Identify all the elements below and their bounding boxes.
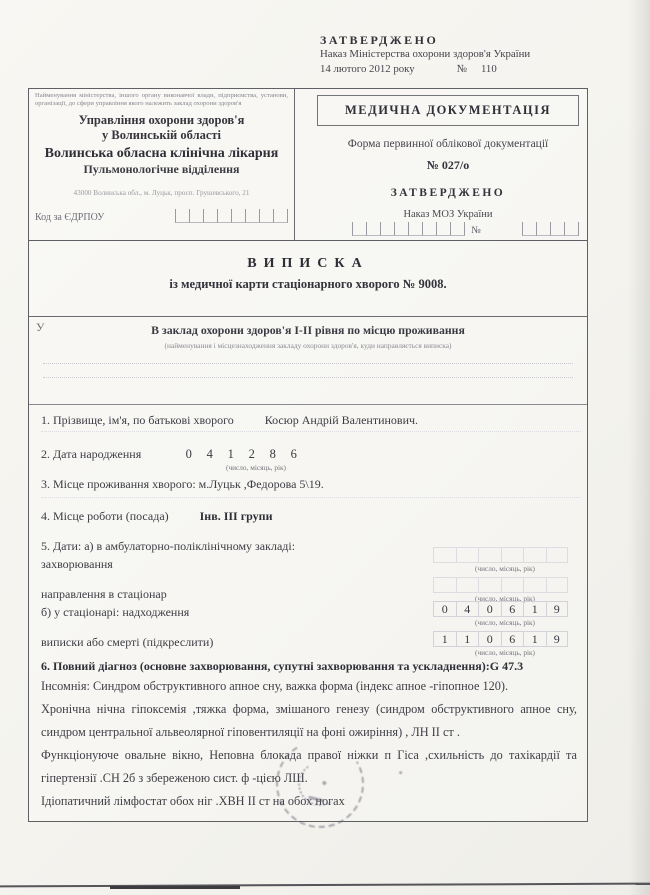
med-doc-form-no: № 027/о bbox=[317, 158, 579, 173]
date-digit: 0 bbox=[478, 601, 501, 617]
field-birthdate-row: 2. Дата народження 041286 bbox=[41, 447, 575, 462]
date-digit: 6 bbox=[501, 631, 524, 647]
date-cell bbox=[433, 547, 456, 563]
date-digit: 0 bbox=[433, 601, 456, 617]
order-date-boxes bbox=[352, 222, 465, 236]
order-no-label: № bbox=[471, 225, 481, 236]
date-cell bbox=[478, 547, 501, 563]
scan-rule bbox=[41, 497, 581, 498]
field-address-row: 3. Місце проживання хворого: м.Луцьк ,Фе… bbox=[41, 477, 575, 492]
organization-note: Найменування міністерства, іншого органу… bbox=[35, 92, 288, 108]
date-cell bbox=[456, 577, 479, 593]
code-cell bbox=[217, 209, 231, 223]
referral-subnote: (найменування і місцезнаходження закладу… bbox=[29, 341, 587, 350]
org-address: 43000 Волинська обл., м. Луцьк, просп. Г… bbox=[35, 189, 288, 197]
code-cell bbox=[175, 209, 189, 223]
date-caption: (число, місяць, рік) bbox=[193, 463, 319, 472]
name-value: Косюр Андрій Валентинович. bbox=[265, 413, 418, 427]
document-title-block: ВИПИСКА із медичної карти стаціонарного … bbox=[29, 241, 587, 317]
date-cell bbox=[546, 577, 569, 593]
code-cell bbox=[352, 222, 366, 236]
date-digit: 1 bbox=[523, 631, 546, 647]
code-cell bbox=[380, 222, 394, 236]
dates-section-label: 5. Дати: а) в амбулаторно-поліклінічному… bbox=[41, 539, 295, 553]
date-caption: (число, місяць, рік) bbox=[433, 648, 577, 657]
date-digit: 6 bbox=[501, 601, 524, 617]
approved-no-label: № bbox=[457, 62, 467, 76]
date-cell bbox=[478, 577, 501, 593]
diagnosis-line: Хронічна нічна гіпоксемія ,тяжка форма, … bbox=[41, 698, 577, 744]
field-work-row: 4. Місце роботи (посада) Інв. ІІІ групи bbox=[41, 509, 575, 524]
org-line2: у Волинській області bbox=[35, 128, 288, 143]
date-cell bbox=[433, 577, 456, 593]
med-doc-approved: ЗАТВЕРДЖЕНО bbox=[317, 187, 579, 199]
diagnosis-line: Інсомнія: Синдром обструктивного апное с… bbox=[41, 675, 577, 698]
date-digit: 0 bbox=[478, 631, 501, 647]
code-cell bbox=[203, 209, 217, 223]
date-cell bbox=[501, 547, 524, 563]
code-cell bbox=[422, 222, 436, 236]
address-text: 3. Місце проживання хворого: м.Луцьк ,Фе… bbox=[41, 477, 324, 491]
document-subtitle: із медичної карти стаціонарного хворого … bbox=[29, 277, 587, 292]
code-cell bbox=[273, 209, 288, 223]
diagnosis-text: Інсомнія: Синдром обструктивного апное с… bbox=[41, 675, 577, 813]
referral-heading: В заклад охорони здоров'я І-ІІ рівня по … bbox=[29, 323, 587, 338]
work-label: 4. Місце роботи (посада) bbox=[41, 509, 169, 523]
code-cell bbox=[436, 222, 450, 236]
digit: 4 bbox=[199, 447, 220, 462]
illness-label: захворювання bbox=[41, 557, 113, 571]
order-no-boxes bbox=[522, 222, 579, 236]
date-cell bbox=[546, 547, 569, 563]
scan-page-edge-dark bbox=[110, 886, 240, 889]
med-doc-box: МЕДИЧНА ДОКУМЕНТАЦІЯ Форма первинної обл… bbox=[295, 89, 587, 240]
organization-box: Найменування міністерства, іншого органу… bbox=[29, 89, 295, 240]
blank-line bbox=[43, 350, 573, 364]
diagnosis-heading: 6. Повний діагноз (основне захворювання,… bbox=[41, 659, 575, 674]
form-outline: Найменування міністерства, іншого органу… bbox=[28, 88, 588, 822]
date-cell bbox=[501, 577, 524, 593]
digit: 8 bbox=[262, 447, 283, 462]
code-cell bbox=[536, 222, 550, 236]
code-cell bbox=[245, 209, 259, 223]
form-header-row: Найменування міністерства, іншого органу… bbox=[29, 89, 587, 241]
code-cell bbox=[408, 222, 422, 236]
date-digit: 1 bbox=[523, 601, 546, 617]
code-cell bbox=[394, 222, 408, 236]
referral-date-boxes: (число, місяць, рік) bbox=[433, 577, 577, 603]
med-doc-title: МЕДИЧНА ДОКУМЕНТАЦІЯ bbox=[317, 95, 579, 126]
approval-header: ЗАТВЕРДЖЕНО Наказ Міністерства охорони з… bbox=[320, 33, 630, 76]
discharge-label: виписки або смерті (підкреслити) bbox=[41, 635, 213, 649]
blank-line bbox=[43, 364, 573, 378]
discharge-date-boxes: 110619 (число, місяць, рік) bbox=[433, 631, 577, 657]
birthdate-caption-wrap: (число, місяць, рік) bbox=[159, 463, 575, 472]
diagnosis-line: Ідіопатичний лімфостат обох ніг .ХВН ІІ … bbox=[41, 790, 577, 813]
digit: 1 bbox=[220, 447, 241, 462]
approved-date: 14 лютого 2012 року bbox=[320, 62, 415, 76]
date-cell bbox=[456, 547, 479, 563]
code-cell bbox=[550, 222, 564, 236]
form-body: 1. Прізвище, ім'я, по батькові хворого К… bbox=[29, 405, 587, 853]
field-name-row: 1. Прізвище, ім'я, по батькові хворого К… bbox=[41, 413, 575, 428]
birthdate-digits: 041286 bbox=[178, 447, 304, 462]
date-caption: (число, місяць, рік) bbox=[433, 564, 577, 573]
code-cell bbox=[231, 209, 245, 223]
edrpou-code-boxes bbox=[175, 209, 288, 223]
code-cell bbox=[522, 222, 536, 236]
name-label: 1. Прізвище, ім'я, по батькові хворого bbox=[41, 413, 234, 427]
digit: 2 bbox=[241, 447, 262, 462]
approved-no-value: 110 bbox=[481, 62, 497, 76]
work-value: Інв. ІІІ групи bbox=[200, 509, 273, 523]
code-cell bbox=[259, 209, 273, 223]
document-title: ВИПИСКА bbox=[29, 256, 587, 272]
date-digit: 4 bbox=[456, 601, 479, 617]
date-digit: 1 bbox=[433, 631, 456, 647]
code-cell bbox=[189, 209, 203, 223]
date-caption: (число, місяць, рік) bbox=[433, 618, 577, 627]
org-department: Пульмонологічне відділення bbox=[35, 162, 288, 177]
date-cell bbox=[523, 577, 546, 593]
med-doc-form-line: Форма первинної облікової документації bbox=[317, 138, 579, 150]
referral-row: У В заклад охорони здоров'я І-ІІ рівня п… bbox=[29, 317, 587, 405]
handwritten-mark: У bbox=[36, 320, 45, 335]
date-digit: 9 bbox=[546, 631, 569, 647]
date-digit: 9 bbox=[546, 601, 569, 617]
code-cell bbox=[564, 222, 579, 236]
code-cell bbox=[450, 222, 465, 236]
scan-edge-shadow bbox=[628, 0, 650, 895]
date-cell bbox=[523, 547, 546, 563]
diagnosis-line: Функціонуюче овальне вікно, Неповна блок… bbox=[41, 744, 577, 790]
edrpou-label: Код за ЄДРПОУ bbox=[35, 212, 104, 223]
referral-date-label: направлення в стаціонар bbox=[41, 587, 167, 601]
date-digit: 1 bbox=[456, 631, 479, 647]
code-cell bbox=[366, 222, 380, 236]
org-hospital-name: Волинська обласна клінічна лікарня bbox=[35, 145, 288, 162]
scan-page-edge bbox=[0, 883, 650, 888]
med-doc-order: Наказ МОЗ України bbox=[317, 209, 579, 220]
digit: 6 bbox=[283, 447, 304, 462]
org-line1: Управління охорони здоров'я bbox=[35, 113, 288, 128]
admission-label: б) у стаціонарі: надходження bbox=[41, 605, 189, 619]
approved-title: ЗАТВЕРДЖЕНО bbox=[320, 33, 630, 47]
digit: 0 bbox=[178, 447, 199, 462]
approved-order-line: Наказ Міністерства охорони здоров'я Укра… bbox=[320, 47, 630, 61]
admission-date-boxes: 040619 (число, місяць, рік) bbox=[433, 601, 577, 627]
scan-rule bbox=[41, 431, 581, 432]
birthdate-label: 2. Дата народження bbox=[41, 447, 141, 461]
illness-date-boxes: (число, місяць, рік) bbox=[433, 547, 577, 573]
